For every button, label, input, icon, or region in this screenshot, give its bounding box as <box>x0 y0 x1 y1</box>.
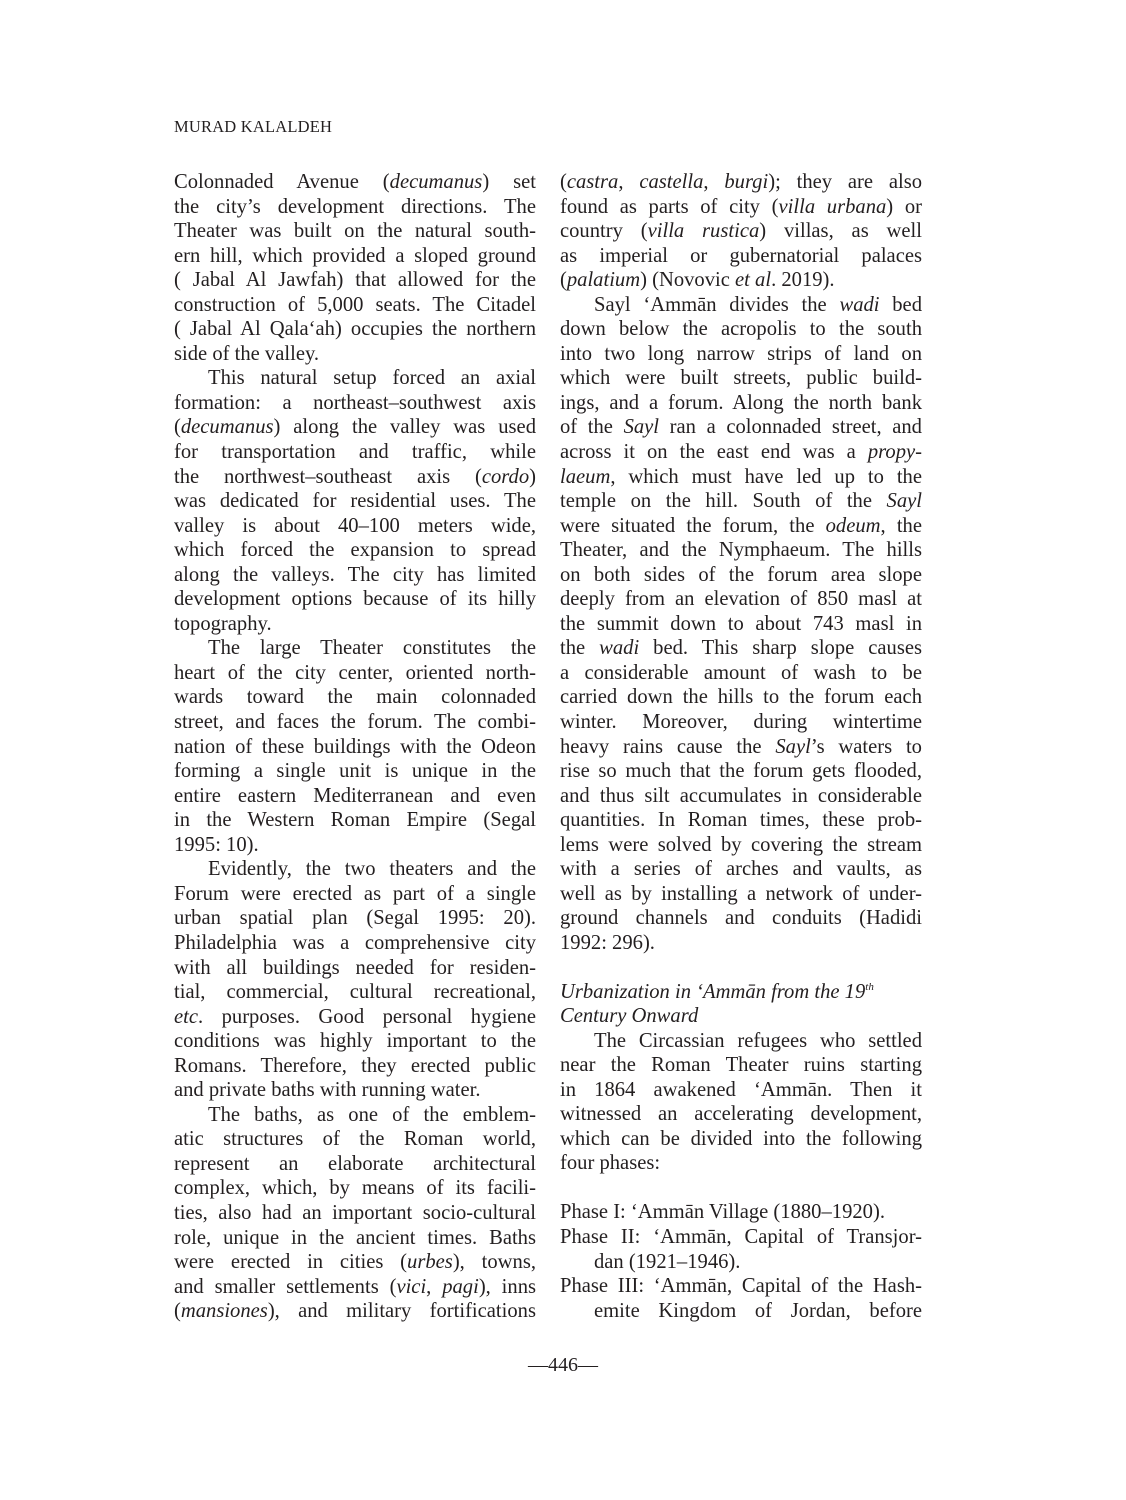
text-line: deeply from an elevation of 850 masl at <box>560 587 922 612</box>
paragraph: Sayl ‘Ammān divides the wadi beddown bel… <box>560 293 922 956</box>
text-line: ( Jabal Al Qala‘ah) occupies the norther… <box>174 317 536 342</box>
text-line: urban spatial plan (Segal 1995: 20). <box>174 906 536 931</box>
text-line: the northwest–southeast axis (cordo) <box>174 465 536 490</box>
text-line: temple on the hill. South of the Sayl <box>560 489 922 514</box>
right-column: (castra, castella, burgi); they are also… <box>560 170 922 1323</box>
section-heading: Urbanization in ‘Ammān from the 19th Cen… <box>560 980 922 1029</box>
text-line: wards toward the main colonnaded <box>174 685 536 710</box>
text-line: along the valleys. The city has limited <box>174 563 536 588</box>
italic-term: Sayl <box>775 736 810 758</box>
text-line: the wadi bed. This sharp slope causes <box>560 636 922 661</box>
text-line: carried down the hills to the forum each <box>560 685 922 710</box>
text-line: Theater was built on the natural south- <box>174 219 536 244</box>
text-line: topography. <box>174 612 536 637</box>
text-line: the city’s development directions. The <box>174 195 536 220</box>
italic-term: castella <box>639 171 703 193</box>
text-line: Evidently, the two theaters and the <box>174 857 536 882</box>
text-line: near the Roman Theater ruins starting <box>560 1053 922 1078</box>
text-line: forming a single unit is unique in the <box>174 759 536 784</box>
italic-term: et al <box>735 269 771 291</box>
text-line: Colonnaded Avenue (decumanus) set <box>174 170 536 195</box>
text-line: were situated the forum, the odeum, the <box>560 514 922 539</box>
text-line: in the Western Roman Empire (Segal <box>174 808 536 833</box>
text-line: into two long narrow strips of land on <box>560 342 922 367</box>
text-line: which forced the expansion to spread <box>174 538 536 563</box>
paragraph: Colonnaded Avenue (decumanus) setthe cit… <box>174 170 536 366</box>
section-heading-line-2: Century Onward <box>560 1004 922 1029</box>
phase-line-continued: emite Kingdom of Jordan, before <box>560 1299 922 1324</box>
text-line: construction of 5,000 seats. The Citadel <box>174 293 536 318</box>
text-line: across it on the east end was a propy- <box>560 440 922 465</box>
phase-line: Phase II: ‘Ammān, Capital of Transjor- <box>560 1225 922 1250</box>
italic-term: decumanus <box>181 416 274 438</box>
text-line: the summit down to about 743 masl in <box>560 612 922 637</box>
text-line: development options because of its hilly <box>174 587 536 612</box>
phase-item: Phase III: ‘Ammān, Capital of the Hash- … <box>560 1274 922 1323</box>
phase-line: Phase I: ‘Ammān Village (1880–1920). <box>560 1200 922 1225</box>
text-line: on both sides of the forum area slope <box>560 563 922 588</box>
text-line: and smaller settlements (vici, pagi), in… <box>174 1275 536 1300</box>
paragraph: (castra, castella, burgi); they are also… <box>560 170 922 293</box>
text-line: which can be divided into the following <box>560 1127 922 1152</box>
italic-term: palatium <box>567 269 640 291</box>
text-line: nation of these buildings with the Odeon <box>174 735 536 760</box>
italic-term: Sayl <box>624 416 659 438</box>
text-line: a considerable amount of wash to be <box>560 661 922 686</box>
text-line: formation: a northeast–southwest axis <box>174 391 536 416</box>
text-line: as imperial or gubernatorial palaces <box>560 244 922 269</box>
italic-term: laeum <box>560 466 610 488</box>
text-line: Theater, and the Nymphaeum. The hills <box>560 538 922 563</box>
text-line: street, and faces the forum. The combi- <box>174 710 536 735</box>
ordinal-superscript: th <box>865 981 874 993</box>
text-line: (castra, castella, burgi); they are also <box>560 170 922 195</box>
phase-item: Phase II: ‘Ammān, Capital of Transjor- d… <box>560 1225 922 1274</box>
text-line: winter. Moreover, during wintertime <box>560 710 922 735</box>
italic-term: vici <box>396 1276 426 1298</box>
text-line: ings, and a forum. Along the north bank <box>560 391 922 416</box>
italic-term: wadi <box>599 637 639 659</box>
italic-term: propy- <box>868 441 922 463</box>
italic-term: etc <box>174 1006 198 1028</box>
italic-term: burgi <box>724 171 768 193</box>
text-line: conditions was highly important to the <box>174 1029 536 1054</box>
paragraph: The large Theater constitutes theheart o… <box>174 636 536 857</box>
text-line: ties, also had an important socio-cultur… <box>174 1201 536 1226</box>
italic-term: decumanus <box>390 171 483 193</box>
text-line: for transportation and traffic, while <box>174 440 536 465</box>
text-line: etc. purposes. Good personal hygiene <box>174 1005 536 1030</box>
text-line: in 1864 awakened ‘Ammān. Then it <box>560 1078 922 1103</box>
text-line: side of the valley. <box>174 342 536 367</box>
text-line: country (villa rustica) villas, as well <box>560 219 922 244</box>
text-line: ern hill, which provided a sloped ground <box>174 244 536 269</box>
text-line: represent an elaborate architectural <box>174 1152 536 1177</box>
text-line: (mansiones), and military fortifications <box>174 1299 536 1324</box>
section-heading-line-1: Urbanization in ‘Ammān from the 19th <box>560 980 922 1005</box>
paragraph: Evidently, the two theaters and theForum… <box>174 857 536 1102</box>
left-column: Colonnaded Avenue (decumanus) setthe cit… <box>174 170 536 1324</box>
text-line: ground channels and conduits (Hadidi <box>560 906 922 931</box>
text-line: The Circassian refugees who settled <box>560 1029 922 1054</box>
italic-term: cordo <box>482 466 529 488</box>
italic-term: castra <box>567 171 618 193</box>
phase-line: Phase III: ‘Ammān, Capital of the Hash- <box>560 1274 922 1299</box>
page-number: —446— <box>0 1354 1126 1377</box>
italic-term: villa rustica <box>648 220 760 242</box>
text-line: which were built streets, public build- <box>560 366 922 391</box>
text-line: ( Jabal Al Jawfah) that allowed for the <box>174 268 536 293</box>
paragraph: This natural setup forced an axialformat… <box>174 366 536 636</box>
text-line: was dedicated for residential uses. The <box>174 489 536 514</box>
phase-list: Phase I: ‘Ammān Village (1880–1920). Pha… <box>560 1200 922 1323</box>
text-line: were erected in cities (urbes), towns, <box>174 1250 536 1275</box>
text-line: 1992: 296). <box>560 931 922 956</box>
italic-term: villa urbana <box>779 196 887 218</box>
text-line: heavy rains cause the Sayl’s waters to <box>560 735 922 760</box>
text-line: found as parts of city (villa urbana) or <box>560 195 922 220</box>
text-line: lems were solved by covering the stream <box>560 833 922 858</box>
text-line: Forum were erected as part of a single <box>174 882 536 907</box>
text-line: of the Sayl ran a colonnaded street, and <box>560 415 922 440</box>
text-line: quantities. In Roman times, these prob- <box>560 808 922 833</box>
phase-item: Phase I: ‘Ammān Village (1880–1920). <box>560 1200 922 1225</box>
text-line: (palatium) (Novovic et al. 2019). <box>560 268 922 293</box>
text-line: well as by installing a network of under… <box>560 882 922 907</box>
text-line: The baths, as one of the emblem- <box>174 1103 536 1128</box>
text-line: four phases: <box>560 1151 922 1176</box>
text-line: entire eastern Mediterranean and even <box>174 784 536 809</box>
text-line: 1995: 10). <box>174 833 536 858</box>
text-line: Sayl ‘Ammān divides the wadi bed <box>560 293 922 318</box>
text-line: and thus silt accumulates in considerabl… <box>560 784 922 809</box>
paragraph: The baths, as one of the emblem-atic str… <box>174 1103 536 1324</box>
text-line: tial, commercial, cultural recreational, <box>174 980 536 1005</box>
text-line: laeum, which must have led up to the <box>560 465 922 490</box>
italic-term: pagi <box>442 1276 479 1298</box>
italic-term: wadi <box>839 294 879 316</box>
italic-term: mansiones <box>181 1300 268 1322</box>
running-head-author: MURAD KALALDEH <box>174 117 332 137</box>
spacer <box>560 1176 922 1201</box>
text-line: atic structures of the Roman world, <box>174 1127 536 1152</box>
text-line: (decumanus) along the valley was used <box>174 415 536 440</box>
text-line: down below the acropolis to the south <box>560 317 922 342</box>
text-line: and private baths with running water. <box>174 1078 536 1103</box>
text-line: role, unique in the ancient times. Baths <box>174 1226 536 1251</box>
text-line: witnessed an accelerating development, <box>560 1102 922 1127</box>
paragraph: The Circassian refugees who settlednear … <box>560 1029 922 1176</box>
italic-term: Sayl <box>887 490 922 512</box>
italic-term: urbes <box>407 1251 453 1273</box>
text-line: Philadelphia was a comprehensive city <box>174 931 536 956</box>
text-line: with all buildings needed for residen- <box>174 956 536 981</box>
text-line: valley is about 40–100 meters wide, <box>174 514 536 539</box>
text-line: This natural setup forced an axial <box>174 366 536 391</box>
text-line: complex, which, by means of its facili- <box>174 1176 536 1201</box>
text-line: Romans. Therefore, they erected public <box>174 1054 536 1079</box>
text-line: rise so much that the forum gets flooded… <box>560 759 922 784</box>
text-line: heart of the city center, oriented north… <box>174 661 536 686</box>
text-line: with a series of arches and vaults, as <box>560 857 922 882</box>
text-line: The large Theater constitutes the <box>174 636 536 661</box>
phase-line-continued: dan (1921–1946). <box>560 1250 922 1275</box>
italic-term: odeum <box>826 515 881 537</box>
